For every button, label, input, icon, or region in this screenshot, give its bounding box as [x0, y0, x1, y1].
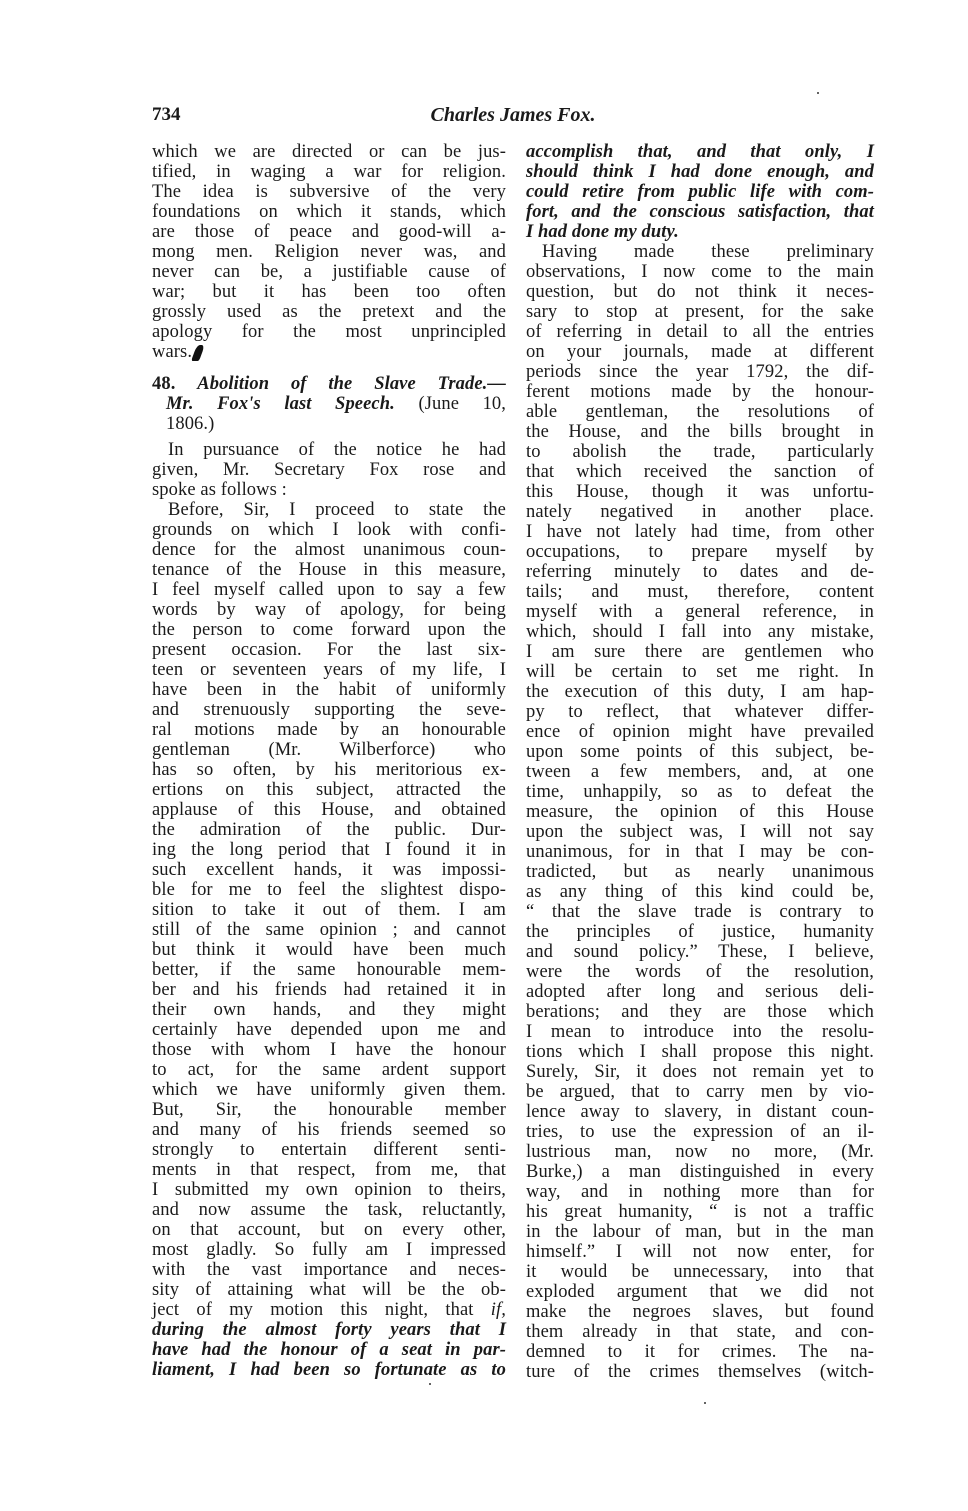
text-line: grounds on which I look with confi- [152, 520, 506, 540]
running-title: Charles James Fox. [152, 104, 874, 127]
text-line: observations, I now come to the main [526, 262, 874, 282]
text-line: and sound policy.” These, I believe, [526, 942, 874, 962]
text-line: Before, Sir, I proceed to state the [152, 500, 506, 520]
text-line: tified, in waging a war for religion. [152, 162, 506, 182]
text-line: with the vast importance and neces- [152, 1260, 506, 1280]
section-date: (June 10, [418, 394, 506, 414]
ink-blot-mark [191, 345, 205, 361]
text-line: periods since the year 1792, the dif- [526, 362, 874, 382]
text-line: it would be unnecessary, into that [526, 1262, 874, 1282]
text-line: of referring in detail to all the entrie… [526, 322, 874, 342]
text-line: teen or seventeen years of my life, I [152, 660, 506, 680]
text-line: ject of my motion this night, that if, [152, 1300, 506, 1320]
text-line: sition to take it out of them. I am [152, 900, 506, 920]
text-line: tries, to use the expression of an il- [526, 1122, 874, 1142]
text-line: be argued, that to carry men by vio- [526, 1082, 874, 1102]
text-line: the person to come forward upon the [152, 620, 506, 640]
text-line: the execution of this duty, I am hap- [526, 682, 874, 702]
text-line: were the words of the resolution, [526, 962, 874, 982]
text-line: upon some points of this subject, be- [526, 742, 874, 762]
text-line: unanimous, for in that I may be con- [526, 842, 874, 862]
text-line: have been in the habit of uniformly [152, 680, 506, 700]
text-line: nately negatived in another place. [526, 502, 874, 522]
text-line: in the labour of man, but in the man [526, 1222, 874, 1242]
text-line: tenance of the House in this measure, [152, 560, 506, 580]
text-line: I feel myself called upon to say a few [152, 580, 506, 600]
text-line: most gladly. So fully am I impressed [152, 1240, 506, 1260]
text-fragment: wars. [152, 342, 192, 362]
heading-line: Mr. Fox's last Speech. (June 10, [152, 394, 506, 414]
text-line: the principles of justice, humanity [526, 922, 874, 942]
text-line: such excellent hands, it was impossi- [152, 860, 506, 880]
right-column: accomplish that, and that only, I should… [526, 142, 874, 1382]
text-line: I am sure there are gentlemen who [526, 642, 874, 662]
text-line: this House, though it was unfortu- [526, 482, 874, 502]
emphasis-line: should think I had done enough, and [526, 162, 874, 182]
text-line: sity of attaining what will be the ob- [152, 1280, 506, 1300]
text-line: which we are directed or can be jus- [152, 142, 506, 162]
emphasis-line: could retire from public life with com- [526, 182, 874, 202]
text-line: lence away to slavery, in distant coun- [526, 1102, 874, 1122]
text-line: berations; and they are those which [526, 1002, 874, 1022]
text-line: apology for the most unprincipled [152, 322, 506, 342]
text-line: But, Sir, the honourable member [152, 1100, 506, 1120]
text-line: py to reflect, that whatever differ- [526, 702, 874, 722]
text-line: certainly have depended upon me and [152, 1020, 506, 1040]
text-line: strongly to entertain different senti- [152, 1140, 506, 1160]
text-line: Having made these preliminary [526, 242, 874, 262]
text-line: way, and in nothing more than for [526, 1182, 874, 1202]
text-line: grossly used as the pretext and the [152, 302, 506, 322]
text-line: those with whom I have the honour [152, 1040, 506, 1060]
section-title: Abolition of the Slave Trade.— [197, 374, 506, 394]
print-speck [429, 1383, 431, 1385]
text-line: the House, and the bills brought in [526, 422, 874, 442]
section-heading: 48. Abolition of the Slave Trade.— Mr. F… [152, 374, 506, 434]
text-line: upon the subject was, I will not say [526, 822, 874, 842]
emphasis-line: during the almost forty years that I [152, 1320, 506, 1340]
text-line: present occasion. For the last six- [152, 640, 506, 660]
emphasis-text: if, [491, 1300, 506, 1320]
emphasis-line: I had done my duty. [526, 222, 874, 242]
text-line: their own hands, and they might [152, 1000, 506, 1020]
text-line: that which received the sanction of [526, 462, 874, 482]
print-speck [704, 1402, 706, 1404]
text-line: tradicted, but as nearly unanimous [526, 862, 874, 882]
text-line: lustrious man, now no more, (Mr. [526, 1142, 874, 1162]
text-line: as any thing of this kind could be, [526, 882, 874, 902]
text-line: to act, for the same ardent support [152, 1060, 506, 1080]
text-line: which, should I fall into any mistake, [526, 622, 874, 642]
emphasis-line: liament, I had been so fortunate as to [152, 1360, 506, 1380]
text-line: still of the same opinion ; and cannot [152, 920, 506, 940]
text-line: ing the long period that I found it in [152, 840, 506, 860]
text-line: applause of this House, and obtained [152, 800, 506, 820]
text-line: The idea is subversive of the very [152, 182, 506, 202]
section-number: 48. [152, 374, 175, 394]
text-line: I submitted my own opinion to theirs, [152, 1180, 506, 1200]
text-line: words by way of apology, for being [152, 600, 506, 620]
print-speck [817, 92, 819, 94]
text-line: gentleman (Mr. Wilberforce) who [152, 740, 506, 760]
text-line: war; but it has been too often [152, 282, 506, 302]
text-line: ture of the crimes themselves (witch- [526, 1362, 874, 1382]
text-line: tween a few members, and, at one [526, 762, 874, 782]
heading-line: 48. Abolition of the Slave Trade.— [152, 374, 506, 394]
text-line: measure, the opinion of this House [526, 802, 874, 822]
text-line: make the negroes slaves, but found [526, 1302, 874, 1322]
text-line: spoke as follows : [152, 480, 506, 500]
text-line: given, Mr. Secretary Fox rose and [152, 460, 506, 480]
emphasis-line: fort, and the conscious satisfaction, th… [526, 202, 874, 222]
text-line: occupations, to prepare myself by [526, 542, 874, 562]
text-line: “ that the slave trade is contrary to [526, 902, 874, 922]
text-line: time, unhappily, so as to defeat the [526, 782, 874, 802]
text-line: I mean to introduce into the resolu- [526, 1022, 874, 1042]
text-line: dence for the almost unanimous coun- [152, 540, 506, 560]
text-line: foundations on which it stands, which [152, 202, 506, 222]
text-line: better, if the same honourable mem- [152, 960, 506, 980]
text-line: ence of opinion might have prevailed [526, 722, 874, 742]
text-line: never can be, a justifiable cause of [152, 262, 506, 282]
text-line: himself.” I will not now enter, for [526, 1242, 874, 1262]
text-line: are those of peace and good-will a- [152, 222, 506, 242]
text-line: ments in that respect, from me, that [152, 1160, 506, 1180]
text-line: tails; and must, therefore, content [526, 582, 874, 602]
text-line: and strenuously supporting the seve- [152, 700, 506, 720]
text-line: will be certain to set me right. In [526, 662, 874, 682]
text-line: ber and his friends had retained it in [152, 980, 506, 1000]
text-line: has so often, by his meritorious ex- [152, 760, 506, 780]
text-line: myself with a general reference, in [526, 602, 874, 622]
left-column: which we are directed or can be jus- tif… [152, 142, 506, 1380]
emphasis-line: accomplish that, and that only, I [526, 142, 874, 162]
text-line: Burke,) a man distinguished in every [526, 1162, 874, 1182]
text-line: ral motions made by an honourable [152, 720, 506, 740]
text-line: to abolish the trade, particularly [526, 442, 874, 462]
text-line: question, but do not think it neces- [526, 282, 874, 302]
text-line: demned to it for crimes. The na- [526, 1342, 874, 1362]
text-line: sary to stop at present, for the sake [526, 302, 874, 322]
text-line: and now assume the task, reluctantly, [152, 1200, 506, 1220]
text-line: the admiration of the public. Dur- [152, 820, 506, 840]
text-line: ble for me to feel the slightest dispo- [152, 880, 506, 900]
spacer [152, 362, 506, 374]
section-subtitle: Mr. Fox's last Speech. [166, 394, 395, 414]
text-line: exploded argument that we did not [526, 1282, 874, 1302]
text-line: mong men. Religion never was, and [152, 242, 506, 262]
book-page: 734 Charles James Fox. which we are dire… [0, 0, 968, 1511]
text-line: wars. [152, 342, 506, 362]
text-line: referring minutely to dates and de- [526, 562, 874, 582]
text-fragment: ject of my motion this night, that [152, 1300, 474, 1320]
text-line: able gentleman, the resolutions of [526, 402, 874, 422]
text-line: them already in that state, and con- [526, 1322, 874, 1342]
text-line: Surely, Sir, it does not remain yet to [526, 1062, 874, 1082]
text-line: but think it would have been much [152, 940, 506, 960]
text-line: and many of his friends seemed so [152, 1120, 506, 1140]
running-head: 734 Charles James Fox. [152, 104, 874, 130]
heading-line: 1806.) [152, 414, 506, 434]
text-line: on that account, but on every other, [152, 1220, 506, 1240]
text-line: tions which I shall propose this night. [526, 1042, 874, 1062]
text-line: ertions on this subject, attracted the [152, 780, 506, 800]
text-line: ferent motions made by the honour- [526, 382, 874, 402]
text-line: which we have uniformly given them. [152, 1080, 506, 1100]
text-line: I have not lately had time, from other [526, 522, 874, 542]
text-line: adopted after long and serious deli- [526, 982, 874, 1002]
emphasis-line: have had the honour of a seat in par- [152, 1340, 506, 1360]
text-line: on your journals, made at different [526, 342, 874, 362]
text-line: his great humanity, “ is not a traffic [526, 1202, 874, 1222]
text-line: In pursuance of the notice he had [152, 440, 506, 460]
